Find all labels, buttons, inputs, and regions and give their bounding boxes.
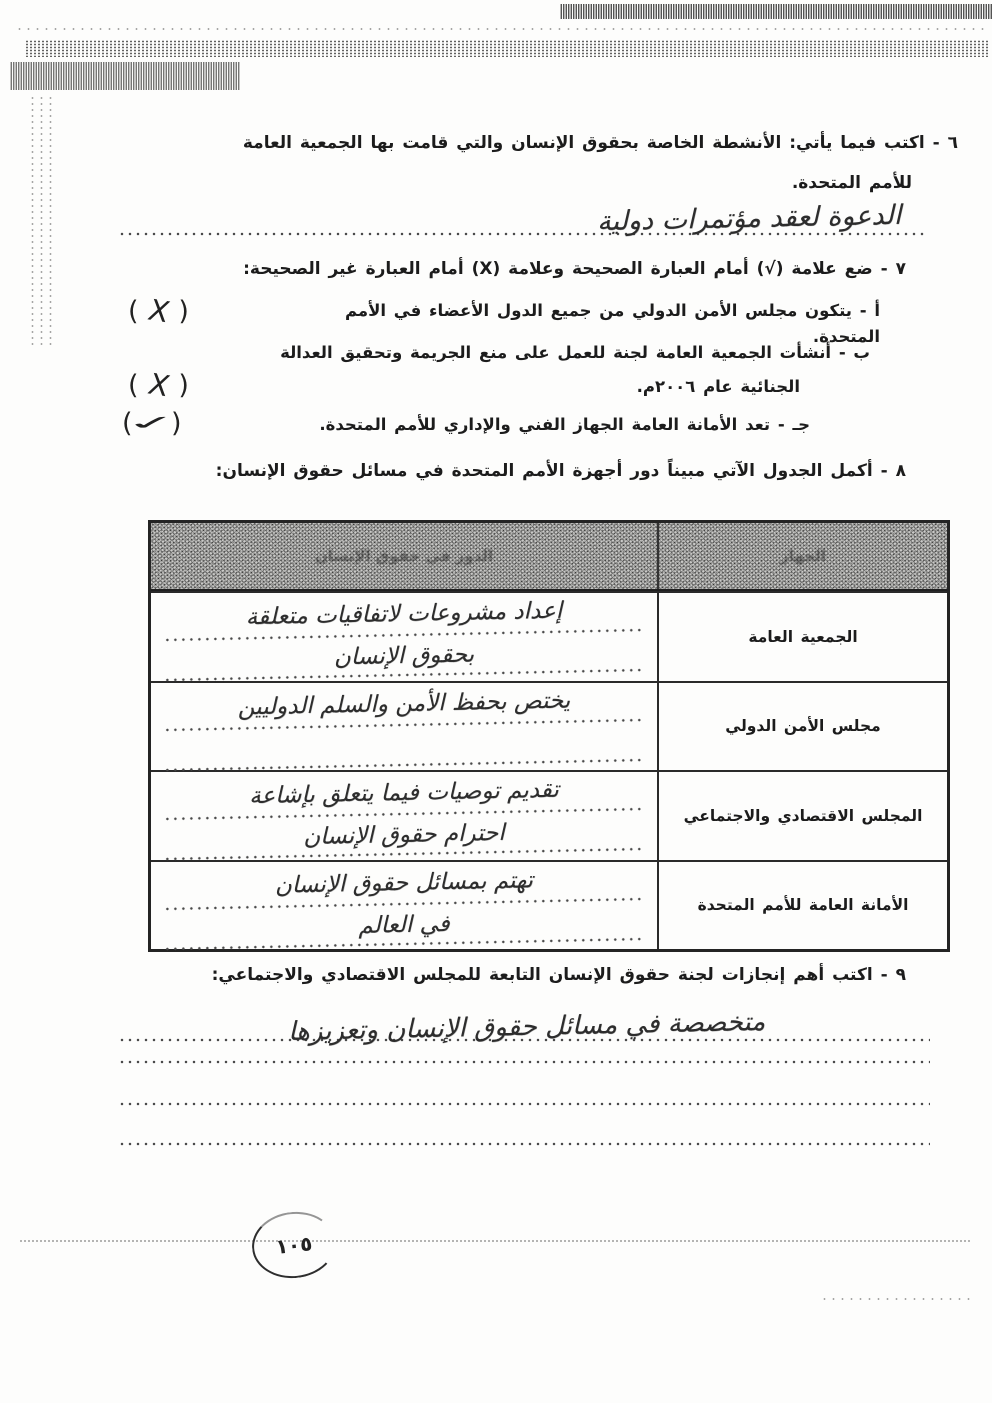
role-cell: يختص بحفظ الأمن والسلم الدوليين	[151, 683, 657, 771]
question-6-answer-line: الدعوة لعقد مؤتمرات دولية	[118, 192, 926, 236]
handwritten-role-line2: في العالم	[163, 906, 646, 950]
handwritten-role-line2: احترام حقوق الإنسان	[163, 817, 646, 861]
question-7-item-b-markbox: ( X )	[128, 368, 189, 402]
paren-close: )	[178, 370, 189, 401]
table-row: تهتم بمسائل حقوق الإنسان في العالم الأما…	[151, 860, 947, 950]
handwritten-role-line2: بحقوق الإنسان	[163, 638, 646, 682]
handwritten-role-line1: تهتم بمسائل حقوق الإنسان	[163, 864, 646, 910]
table-header-role-label: الدور في حقوق الإنسان	[151, 547, 657, 565]
un-organs-table: الدور في حقوق الإنسان الجهاز إعداد مشروع…	[148, 520, 950, 952]
organ-cell: الأمانة العامة للأمم المتحدة	[657, 862, 947, 950]
table-header-role-cell: الدور في حقوق الإنسان	[151, 523, 657, 589]
scanned-worksheet-page: ٦ - اكتب فيما يأتي: الأنشطة الخاصة بحقوق…	[0, 0, 992, 1403]
question-7-item-c-markbox: ( ✓ )	[122, 408, 182, 439]
table-row: تقديم توصيات فيما يتعلق بإشاعة احترام حق…	[151, 770, 947, 860]
empty-answer-line	[118, 1042, 930, 1064]
organ-cell: المجلس الاقتصادي والاجتماعي	[657, 772, 947, 860]
table-row: يختص بحفظ الأمن والسلم الدوليين مجلس الأ…	[151, 681, 947, 771]
x-mark: X	[144, 367, 172, 403]
scan-noise-edge	[28, 95, 54, 345]
question-7-item-a-markbox: ( X )	[128, 294, 189, 328]
role-cell: إعداد مشروعات لاتفاقيات متعلقة بحقوق الإ…	[151, 593, 657, 681]
organ-cell: مجلس الأمن الدولي	[657, 683, 947, 771]
table-header-organ-cell: الجهاز	[657, 523, 947, 589]
table-header-organ-label: الجهاز	[659, 547, 947, 565]
question-7-heading: ٧ - ضع علامة (√) أمام العبارة الصحيحة وع…	[146, 256, 906, 282]
handwritten-role-line1: يختص بحفظ الأمن والسلم الدوليين	[163, 685, 646, 731]
question-6-handwritten-answer: الدعوة لعقد مؤتمرات دولية	[597, 200, 902, 237]
scan-noise-band	[15, 26, 990, 34]
paren-open: (	[128, 296, 139, 327]
scan-noise-band	[820, 1296, 970, 1304]
footer-rule	[20, 1240, 970, 1242]
check-mark: ✓	[121, 412, 183, 435]
page-number: ١٠٥	[275, 1231, 314, 1259]
handwritten-role-line1: إعداد مشروعات لاتفاقيات متعلقة	[163, 596, 646, 642]
scan-noise-band	[560, 4, 992, 19]
question-8-heading: ٨ - أكمل الجدول الآتي مبيناً دور أجهزة ا…	[126, 458, 906, 484]
table-row: إعداد مشروعات لاتفاقيات متعلقة بحقوق الإ…	[151, 591, 947, 681]
handwritten-role-line1: تقديم توصيات فيما يتعلق بإشاعة	[163, 775, 646, 821]
page-number-badge: ١٠٥	[249, 1208, 339, 1282]
x-mark: X	[144, 293, 172, 329]
role-cell: تقديم توصيات فيما يتعلق بإشاعة احترام حق…	[151, 772, 657, 860]
question-9-handwritten-answer: متخصصة في مسائل حقوق الإنسان وتعزيزها	[288, 1007, 766, 1047]
question-9-heading: ٩ - اكتب أهم إنجازات لجنة حقوق الإنسان ا…	[106, 962, 906, 988]
question-7-item-c-text: جـ - تعد الأمانة العامة الجهاز الفني وال…	[190, 412, 810, 438]
paren-close: )	[178, 296, 189, 327]
question-7-item-b-text-line1: ب - أنشأت الجمعية العامة لجنة للعمل على …	[270, 340, 870, 366]
question-7-item-b-text-line2: الجنائية عام ٢٠٠٦م.	[500, 374, 800, 400]
handwritten-role-line2	[163, 727, 646, 771]
question-6-text-line1: ٦ - اكتب فيما يأتي: الأنشطة الخاصة بحقوق…	[88, 130, 958, 156]
question-9-answer-line: متخصصة في مسائل حقوق الإنسان وتعزيزها	[118, 996, 930, 1042]
empty-answer-line	[118, 1124, 930, 1146]
role-cell: تهتم بمسائل حقوق الإنسان في العالم	[151, 862, 657, 950]
organ-cell: الجمعية العامة	[657, 593, 947, 681]
paren-open: (	[128, 370, 139, 401]
scan-noise-band	[25, 40, 990, 57]
table-header-row: الدور في حقوق الإنسان الجهاز	[151, 523, 947, 591]
empty-answer-line	[118, 1084, 930, 1106]
scan-noise-blob	[10, 62, 240, 90]
